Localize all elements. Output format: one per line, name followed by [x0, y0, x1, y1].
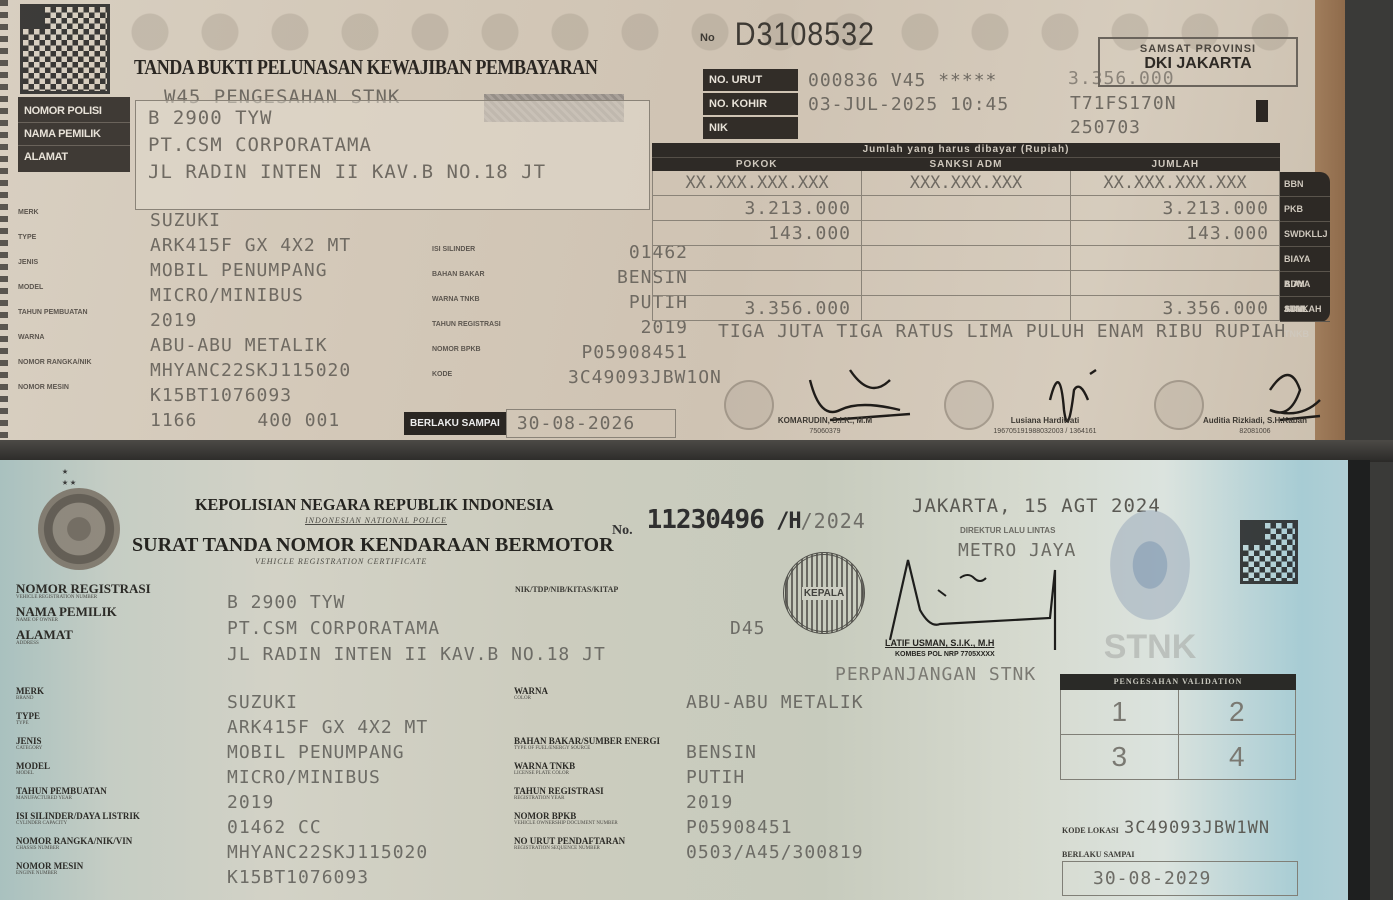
field-value: ABU-ABU METALIK	[686, 690, 864, 740]
field-label: Model	[16, 761, 216, 771]
field-sublabel: VEHICLE OWNERSHIP DOCUMENT NUMBER	[514, 821, 679, 827]
table-cell	[653, 246, 862, 270]
field-sublabel: REGISTRATION YEAR	[514, 796, 679, 802]
vehicle-labels-left: Merk BRANDType TYPEJenis CATEGORYModel M…	[16, 686, 216, 886]
field-sublabel: TYPE	[16, 721, 216, 727]
vehicle-label: TAHUN REGISTRASI	[432, 312, 501, 337]
official-seal-icon: KEPALA	[783, 552, 865, 634]
vehicle-value: 3C49093JBW1ON	[568, 365, 708, 390]
field-value: MHYANC22SKJ115020	[227, 840, 428, 865]
location-code-label: KODE LOKASI	[1062, 827, 1124, 835]
field-value: PUTIH	[686, 765, 864, 790]
location-code-value: 3C49093JBW1WN	[1124, 818, 1270, 838]
reference-extra: T71FS170N 250703	[1070, 92, 1177, 140]
signatory-id: 82081006	[1170, 428, 1340, 435]
vehicle-label: MODEL	[18, 275, 128, 300]
payment-row-tab: SWDKLLJ	[1280, 222, 1330, 247]
field-sublabel: ENGINE NUMBER	[16, 871, 216, 877]
hologram-text: STNK	[1095, 628, 1205, 667]
table-cell	[862, 221, 1071, 245]
field-label: Jenis	[16, 736, 216, 746]
stnk-number: No.11230496 /H/2024	[612, 505, 866, 539]
plate-value: B 2900 TYW	[148, 107, 272, 129]
vehicle-values-left: SUZUKIARK415F GX 4X2 MTMOBIL PENUMPANGMI…	[227, 690, 428, 890]
payment-table-header: Jumlah yang harus dibayar (Rupiah) POKOK…	[652, 143, 1280, 171]
samsat-line1: SAMSAT PROVINSI	[1100, 43, 1296, 55]
table-cell	[1071, 271, 1280, 295]
vehicle-label: BAHAN BAKAR	[432, 262, 501, 287]
officer-rank: KOMBES POL NRP 7705XXXX	[895, 651, 995, 658]
validation-cell: 2	[1179, 690, 1297, 735]
validation-cell: 3	[1061, 735, 1179, 780]
valid-until-value: 30-08-2029	[1062, 862, 1298, 896]
reference-extra-line: 250703	[1070, 116, 1177, 140]
vehicle-label: JENIS	[18, 250, 128, 275]
validation-header: PENGESAHAN VALIDATION	[1060, 674, 1296, 690]
field-sublabel: LICENSE PLATE COLOR	[514, 771, 679, 777]
field-sublabel: COLOR	[514, 696, 679, 702]
payment-row-tab: BIAYA ADM STNK	[1280, 247, 1330, 272]
signatory-name: Auditia Rizkiadi, S.H.Kaban	[1170, 416, 1340, 425]
valid-until-label: BERLAKU SAMPAI	[1062, 850, 1298, 862]
payment-table-body: XX.XXX.XXX.XXX XXX.XXX.XXX XX.XXX.XXX.XX…	[652, 171, 1280, 321]
field-sublabel: CHASSIS NUMBER	[16, 846, 216, 852]
receipt-codes: 1166400 001	[150, 410, 400, 431]
valid-until-value: 30-08-2026	[506, 409, 676, 438]
receipt-title: TANDA BUKTI PELUNASAN KEWAJIBAN PEMBAYAR…	[134, 55, 597, 80]
field-sublabel: CYLINDER CAPACITY	[16, 821, 216, 827]
table-row	[653, 246, 1280, 271]
field-label: Warna	[514, 686, 679, 696]
table-cell	[1071, 246, 1280, 270]
field-sublabel: TYPE OF FUEL/ENERGY SOURCE	[514, 746, 679, 752]
location-code: KODE LOKASI 3C49093JBW1WN	[1062, 818, 1270, 838]
vehicle-values-left: SUZUKI ARK415F GX 4X2 MT MOBIL PENUMPANG…	[150, 208, 351, 408]
address-label: ALAMAT	[18, 146, 130, 169]
receipt-number: NoD3108532	[700, 16, 882, 53]
field-value: SUZUKI	[227, 690, 428, 715]
vehicle-value: SUZUKI	[150, 208, 351, 233]
reference-value: 000836 V45 *****	[808, 70, 997, 91]
vehicle-value: 2019	[150, 308, 351, 333]
table-row: 143.000143.000	[653, 221, 1280, 246]
field-label: NOMOR REGISTRASI	[16, 582, 151, 595]
stnk-number-value: 11230496	[647, 505, 764, 535]
vehicle-value: P05908451	[548, 340, 688, 365]
column-header: POKOK	[652, 158, 861, 171]
signatory-block: Auditia Rizkiadi, S.H.Kaban 82081006	[1150, 360, 1340, 440]
field-label: ALAMAT	[16, 628, 151, 641]
vehicle-value: MICRO/MINIBUS	[150, 283, 351, 308]
vehicle-labels-mid: Warna COLORBahan Bakar/Sumber Energi TYP…	[514, 686, 679, 861]
field-value: P05908451	[686, 815, 864, 840]
field-sublabel: MANUFACTURED YEAR	[16, 796, 216, 802]
signatory-id: 196705191988032003 / 1364161	[960, 428, 1130, 435]
stnk-hologram: STNK	[1095, 510, 1205, 680]
field-sublabel: MODEL	[16, 771, 216, 777]
vehicle-value: ARK415F GX 4X2 MT	[150, 233, 351, 258]
owner-labels: NOMOR REGISTRASIVEHICLE REGISTRATION NUM…	[16, 582, 151, 651]
receipt-number-label: No	[700, 32, 715, 44]
validation-cell: 1	[1061, 690, 1179, 735]
vehicle-label: WARNA	[18, 325, 128, 350]
field-value: K15BT1076093	[227, 865, 428, 890]
field-value: 2019	[686, 790, 864, 815]
reference-label: NO. URUT	[703, 69, 798, 91]
address-value: JL RADIN INTEN II KAV.B NO.18 JT	[227, 642, 606, 668]
vehicle-label: WARNA TNKB	[432, 287, 501, 312]
stnk-number-suffix: /H	[764, 509, 801, 534]
field-label: Nomor Rangka/NIK/VIN	[16, 836, 216, 846]
vehicle-labels-mid: ISI SILINDER BAHAN BAKAR WARNA TNKB TAHU…	[432, 237, 501, 387]
table-cell: 3.356.000	[653, 296, 862, 320]
table-cell: 3.213.000	[653, 196, 862, 220]
valid-until-receipt: BERLAKU SAMPAI 30-08-2026	[404, 409, 676, 438]
field-sublabel: BRAND	[16, 696, 216, 702]
table-surface	[0, 440, 1393, 462]
vehicle-label: NOMOR BPKB	[432, 337, 501, 362]
police-emblem-icon	[38, 488, 120, 570]
qr-code-icon	[20, 4, 110, 94]
table-cell	[653, 271, 862, 295]
stnk-org: KEPOLISIAN NEGARA REPUBLIK INDONESIA	[195, 495, 554, 515]
payment-row-tab: BBN	[1280, 172, 1330, 197]
table-cell	[862, 271, 1071, 295]
seal-text: KEPALA	[802, 587, 846, 600]
owner-value: PT.CSM CORPORATAMA	[227, 616, 606, 642]
field-label: Warna TNKB	[514, 761, 679, 771]
reference-row: NO. URUT 000836 V45 *****	[703, 68, 1083, 92]
stnk-number-label: No.	[612, 523, 633, 538]
paper-edge	[1348, 460, 1370, 900]
table-cell: 143.000	[1071, 221, 1280, 245]
receipt-number-value: D3108532	[734, 16, 874, 53]
field-sublabel: REGISTRATION SEQUENCE NUMBER	[514, 846, 679, 852]
table-cell: XX.XXX.XXX.XXX	[1071, 171, 1280, 195]
field-value: BENSIN	[686, 740, 864, 765]
stnk-number-year: /2024	[801, 509, 866, 533]
reference-label: NO. KOHIR	[703, 93, 798, 115]
owner-info-box: B 2900 TYW PT.CSM CORPORATAMA JL RADIN I…	[135, 100, 650, 210]
field-value: ARK415F GX 4X2 MT	[227, 715, 428, 740]
table-cell: 3.213.000	[1071, 196, 1280, 220]
stamp-mark	[1256, 100, 1268, 122]
reference-block: NO. URUT 000836 V45 ***** NO. KOHIR 03-J…	[703, 68, 1083, 140]
table-row: XX.XXX.XXX.XXX XXX.XXX.XXX XX.XXX.XXX.XX…	[653, 171, 1280, 196]
vehicle-value: ABU-ABU METALIK	[150, 333, 351, 358]
signatory-block: KOMARUDIN, S.I.K., M.M 75060379	[720, 360, 910, 440]
reference-row: NO. KOHIR 03-JUL-2025 10:45	[703, 92, 1083, 116]
payment-row-tab: PKB	[1280, 197, 1330, 222]
table-cell	[862, 246, 1071, 270]
vehicle-label: ISI SILINDER	[432, 237, 501, 262]
reference-label: NIK	[703, 117, 798, 139]
field-label: Bahan Bakar/Sumber Energi	[514, 736, 679, 746]
samsat-line2: DKI JAKARTA	[1100, 55, 1296, 73]
payment-row-tab: JUMLAH	[1280, 297, 1330, 322]
field-label: Nomor BPKB	[514, 811, 679, 821]
payment-header-title: Jumlah yang harus dibayar (Rupiah)	[652, 143, 1280, 157]
table-cell	[862, 196, 1071, 220]
nik-label: NIK/TDP/NIB/KITAS/KITAP	[515, 585, 675, 594]
validation-box: PENGESAHAN VALIDATION 1 2 3 4	[1060, 674, 1296, 780]
payment-table: Jumlah yang harus dibayar (Rupiah) POKOK…	[652, 143, 1280, 321]
vehicle-value: K15BT1076093	[150, 383, 351, 408]
owner-labels: NOMOR POLISI NAMA PEMILIK ALAMAT	[18, 97, 130, 172]
field-value: 01462 CC	[227, 815, 428, 840]
table-row: 3.356.0003.356.000	[653, 296, 1280, 321]
officer-name: LATIF USMAN, S.I.K., M.H	[885, 638, 994, 648]
valid-until-label: BERLAKU SAMPAI	[404, 412, 506, 435]
owner-label: NAMA PEMILIK	[18, 123, 130, 146]
signature-icon	[860, 550, 1070, 650]
payment-row-tab: BIAYA ADM TNKB	[1280, 272, 1330, 297]
vehicle-labels-left: MERK TYPE JENIS MODEL TAHUN PEMBUATAN WA…	[18, 200, 128, 400]
vehicle-label: NOMOR MESIN	[18, 375, 128, 400]
payment-receipt: TANDA BUKTI PELUNASAN KEWAJIBAN PEMBAYAR…	[0, 0, 1345, 448]
samsat-stamp: SAMSAT PROVINSI DKI JAKARTA	[1098, 37, 1298, 87]
field-label: Nomor Mesin	[16, 861, 216, 871]
vehicle-value: MOBIL PENUMPANG	[150, 258, 351, 283]
crest-icon	[1110, 510, 1190, 620]
signatures: KOMARUDIN, S.I.K., M.M 75060379 Lusiana …	[720, 360, 1330, 440]
vehicle-label: TYPE	[18, 225, 128, 250]
signatory-id: 75060379	[740, 428, 910, 435]
field-sublabel: CATEGORY	[16, 746, 216, 752]
code-1: 1166	[150, 410, 197, 431]
table-cell	[862, 296, 1071, 320]
field-sublabel: ADDRESS	[16, 641, 151, 647]
stars-icon: ★★★	[62, 466, 78, 488]
table-row	[653, 271, 1280, 296]
valid-until-stnk: BERLAKU SAMPAI 30-08-2029	[1062, 850, 1298, 896]
field-label: Tahun Pembuatan	[16, 786, 216, 796]
signatory-name: KOMARUDIN, S.I.K., M.M	[740, 416, 910, 425]
table-cell: 3.356.000	[1071, 296, 1280, 320]
vehicle-label: KODE	[432, 362, 501, 387]
code-2: 400 001	[257, 410, 340, 431]
stnk-org-en: INDONESIAN NATIONAL POLICE	[305, 516, 447, 525]
stnk-title-en: VEHICLE REGISTRATION CERTIFICATE	[255, 557, 427, 566]
vehicle-label: TAHUN PEMBUATAN	[18, 300, 128, 325]
vehicle-value: MHYANC22SKJ115020	[150, 358, 351, 383]
owner-value: PT.CSM CORPORATAMA	[148, 134, 372, 156]
field-label: Merk	[16, 686, 216, 696]
extension-note: PERPANJANGAN STNK	[835, 664, 1036, 685]
field-label: Type	[16, 711, 216, 721]
payment-row-labels: BBNPKBSWDKLLJBIAYA ADM STNKBIAYA ADM TNK…	[1280, 172, 1330, 322]
signatory-block: Lusiana Hardiwati 196705191988032003 / 1…	[940, 360, 1130, 440]
table-cell: XX.XXX.XXX.XXX	[653, 171, 862, 195]
reference-row: NIK	[703, 116, 1083, 140]
vehicle-registration-certificate: ★★★ KEPOLISIAN NEGARA REPUBLIK INDONESIA…	[0, 460, 1370, 900]
column-header: JUMLAH	[1071, 158, 1280, 171]
field-value: 0503/A45/300819	[686, 840, 864, 865]
owner-values: B 2900 TYW PT.CSM CORPORATAMA JL RADIN I…	[227, 590, 606, 668]
table-cell: XXX.XXX.XXX	[862, 171, 1071, 195]
plate-label: NOMOR POLISI	[18, 100, 130, 123]
field-label: No Urut Pendaftaran	[514, 836, 679, 846]
address-value: JL RADIN INTEN II KAV.B NO.18 JT	[148, 161, 546, 183]
field-label: NAMA PEMILIK	[16, 605, 151, 618]
reference-extra-line: T71FS170N	[1070, 92, 1177, 116]
vehicle-label: NOMOR RANGKA/NIK	[18, 350, 128, 375]
table-row: 3.213.0003.213.000	[653, 196, 1280, 221]
district-code: D45	[730, 618, 766, 639]
signatory-name: Lusiana Hardiwati	[960, 416, 1130, 425]
vehicle-values-mid: ABU-ABU METALIKBENSINPUTIH2019P059084510…	[686, 690, 864, 865]
qr-code-icon	[1240, 520, 1298, 584]
field-value: MICRO/MINIBUS	[227, 765, 428, 790]
table-cell: 143.000	[653, 221, 862, 245]
issuer-label: DIREKTUR LALU LINTAS	[960, 526, 1055, 535]
column-header: SANKSI ADM	[861, 158, 1070, 171]
field-label: Isi Silinder/Daya Listrik	[16, 811, 216, 821]
field-label: Tahun Registrasi	[514, 786, 679, 796]
amount-in-words: TIGA JUTA TIGA RATUS LIMA PULUH ENAM RIB…	[718, 320, 1318, 344]
field-value: 2019	[227, 790, 428, 815]
vehicle-label: MERK	[18, 200, 128, 225]
reference-value: 03-JUL-2025 10:45	[808, 94, 1009, 115]
stnk-title: SURAT TANDA NOMOR KENDARAAN BERMOTOR	[132, 534, 614, 557]
field-value: MOBIL PENUMPANG	[227, 740, 428, 765]
validation-cell: 4	[1179, 735, 1297, 780]
